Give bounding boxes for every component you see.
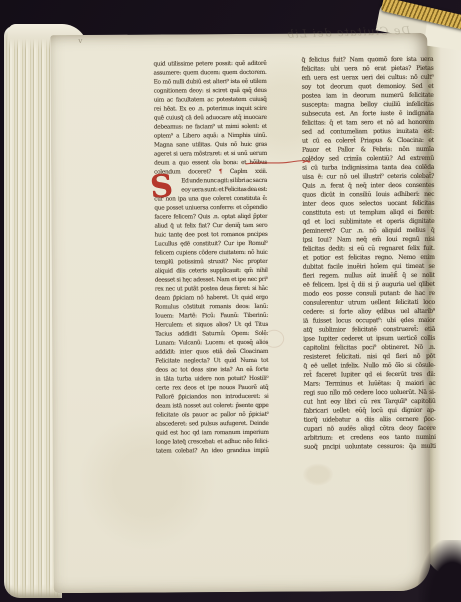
marginal-pen-mark: v: [78, 37, 82, 45]
rubricated-initial-letter: S: [149, 171, 179, 202]
text-line: tatem colebat? An ideo grandius impiū: [156, 447, 269, 457]
text-line: suoq̄ pncipi uoluntate cessuros: q̄a mul…: [304, 442, 436, 452]
bottom-right-shadow: [418, 540, 461, 602]
ring-stain: [264, 330, 284, 348]
text-column-right: q̄ felicius fuit? Nam quomō fore ista ue…: [301, 55, 435, 452]
book-page: De Ciuitate dei Lib v quid utilissime pe…: [50, 33, 430, 593]
show-through-title-inscription: De Ciuitate dei Lib: [250, 24, 410, 42]
photo-of-open-book: De Ciuitate dei Lib v quid utilissime pe…: [0, 0, 461, 602]
red-pen-stroke: [245, 158, 311, 168]
text-column-left: quid utilissime petere possit: quē adito…: [153, 60, 268, 457]
paper-stain: [303, 463, 333, 485]
